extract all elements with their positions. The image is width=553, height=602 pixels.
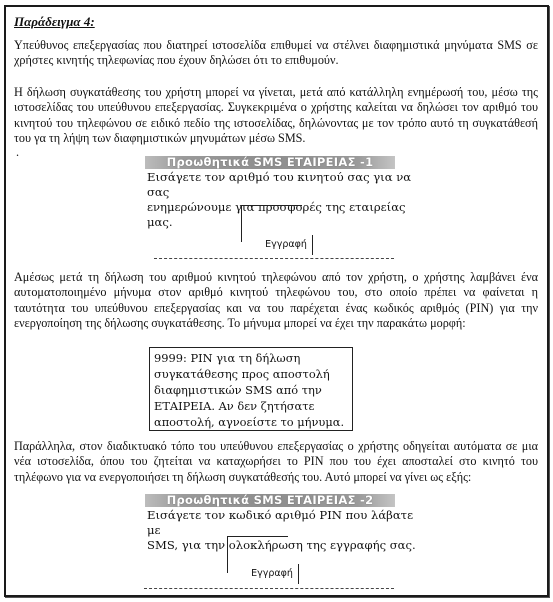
paragraph-intro: Υπεύθυνος επεξεργασίας που διατηρεί ιστο… [14,38,538,69]
sms-line: αποστολή, αγνοείστε το μήνυμα. [154,414,348,430]
form2-line1: Εισάγετε τον κωδικό αριθμό PIN που λάβατ… [147,508,427,538]
form1-line1: Εισάγετε τον αριθμό του κινητού σας για … [147,170,427,200]
form1-banner: Προωθητικά SMS ΕΤΑΙΡΕΙΑΣ -1 [145,156,395,169]
form2-banner: Προωθητικά SMS ΕΤΑΙΡΕΙΑΣ -2 [145,494,395,507]
example-title: Παράδειγμα 4: [14,14,95,29]
register-button-1[interactable]: Εγγραφή [260,235,313,255]
sms-line: συγκατάθεσης προς αποστολή [154,366,348,382]
sms-line: διαφημιστικών SMS από την [154,382,348,398]
stray-dot: . [16,145,19,160]
paragraph-sms-pin: Αμέσως μετά τη δήλωση του αριθμού κινητο… [14,270,538,332]
form2-divider [144,588,394,589]
paragraph-consent: Η δήλωση συγκατάθεσης του χρήστη μπορεί … [14,85,538,147]
sms-line: ΕΤΑΙΡΕΙΑ. Αν δεν ζητήσατε [154,398,348,414]
sms-line: 9999: PIN για τη δήλωση [154,350,348,366]
sms-message-box: 9999: PIN για τη δήλωση συγκατάθεσης προ… [149,347,353,431]
form1-divider [154,258,394,259]
example-frame: Παράδειγμα 4: Υπεύθυνος επεξεργασίας που… [4,5,549,597]
paragraph-pin-entry: Παράλληλα, στον διαδικτυακό τόπο του υπε… [14,439,538,485]
register-button-2[interactable]: Εγγραφή [246,564,299,584]
